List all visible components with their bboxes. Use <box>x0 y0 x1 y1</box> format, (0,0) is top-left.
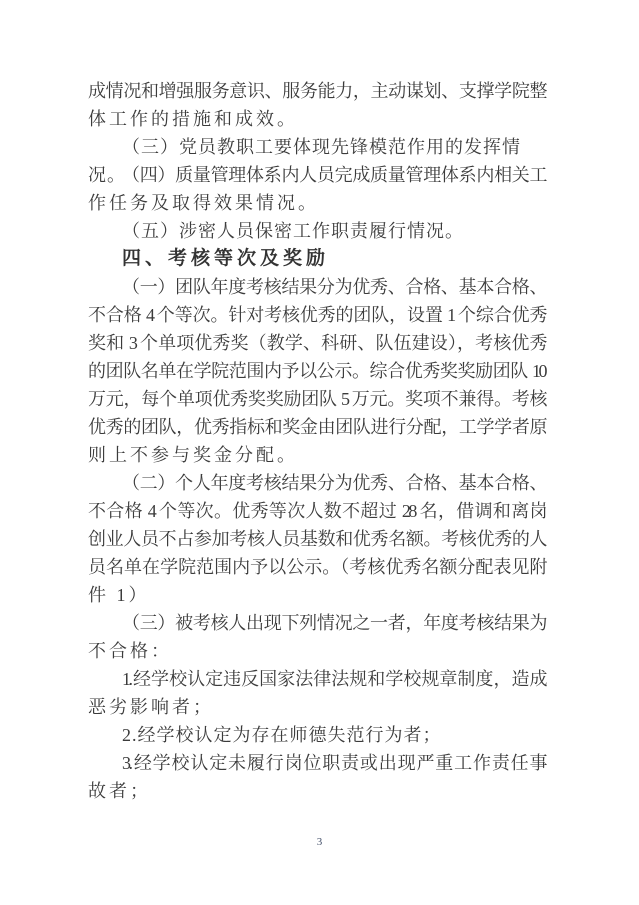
doc-line: 成情况和增强服务意识、服务能力，主动谋划、支撑学院整 <box>88 77 545 105</box>
doc-line: 2.经学校认定为存在师德失范行为者； <box>88 721 545 749</box>
document-body: 成情况和增强服务意识、服务能力，主动谋划、支撑学院整 体工作的措施和成效。 （三… <box>88 77 545 805</box>
doc-line: 则上不参与奖金分配。 <box>88 441 545 469</box>
document-page: 成情况和增强服务意识、服务能力，主动谋划、支撑学院整 体工作的措施和成效。 （三… <box>0 0 639 905</box>
doc-line: （一）团队年度考核结果分为优秀、合格、基本合格、 <box>88 273 545 301</box>
doc-line: 件 1） <box>88 581 545 609</box>
doc-line: 故者； <box>88 777 545 805</box>
doc-line: 恶劣影响者； <box>88 693 545 721</box>
doc-line: 万元，每个单项优秀奖奖励团队 5 万元。奖项不兼得。考核 <box>88 385 545 413</box>
doc-line: （三）党员教职工要体现先锋模范作用的发挥情况。 <box>88 133 545 161</box>
doc-line: 1.经学校认定违反国家法律法规和学校规章制度，造成 <box>88 665 545 693</box>
doc-line: 创业人员不占参加考核人员基数和优秀名额。考核优秀的人 <box>88 525 545 553</box>
doc-line: 体工作的措施和成效。 <box>88 105 545 133</box>
doc-line: 不合格 4 个等次。针对考核优秀的团队，设置 1 个综合优秀 <box>88 301 545 329</box>
doc-line: （五）涉密人员保密工作职责履行情况。 <box>88 217 545 245</box>
doc-line: 员名单在学院范围内予以公示。（考核优秀名额分配表见附 <box>88 553 545 581</box>
doc-line: 的团队名单在学院范围内予以公示。综合优秀奖奖励团队 10 <box>88 357 545 385</box>
doc-line: 不合格： <box>88 637 545 665</box>
doc-line: （二）个人年度考核结果分为优秀、合格、基本合格、 <box>88 469 545 497</box>
section-heading: 四、考核等次及奖励 <box>88 245 545 273</box>
page-number: 3 <box>0 836 639 848</box>
doc-line: （三）被考核人出现下列情况之一者，年度考核结果为 <box>88 609 545 637</box>
doc-line: 优秀的团队，优秀指标和奖金由团队进行分配，工学学者原 <box>88 413 545 441</box>
doc-line: 不合格 4 个等次。优秀等次人数不超过 28 名，借调和离岗 <box>88 497 545 525</box>
doc-line: 作任务及取得效果情况。 <box>88 189 545 217</box>
doc-line: 3.经学校认定未履行岗位职责或出现严重工作责任事 <box>88 749 545 777</box>
doc-line: （四）质量管理体系内人员完成质量管理体系内相关工 <box>88 161 545 189</box>
doc-line: 奖和 3 个单项优秀奖（教学、科研、队伍建设），考核优秀 <box>88 329 545 357</box>
